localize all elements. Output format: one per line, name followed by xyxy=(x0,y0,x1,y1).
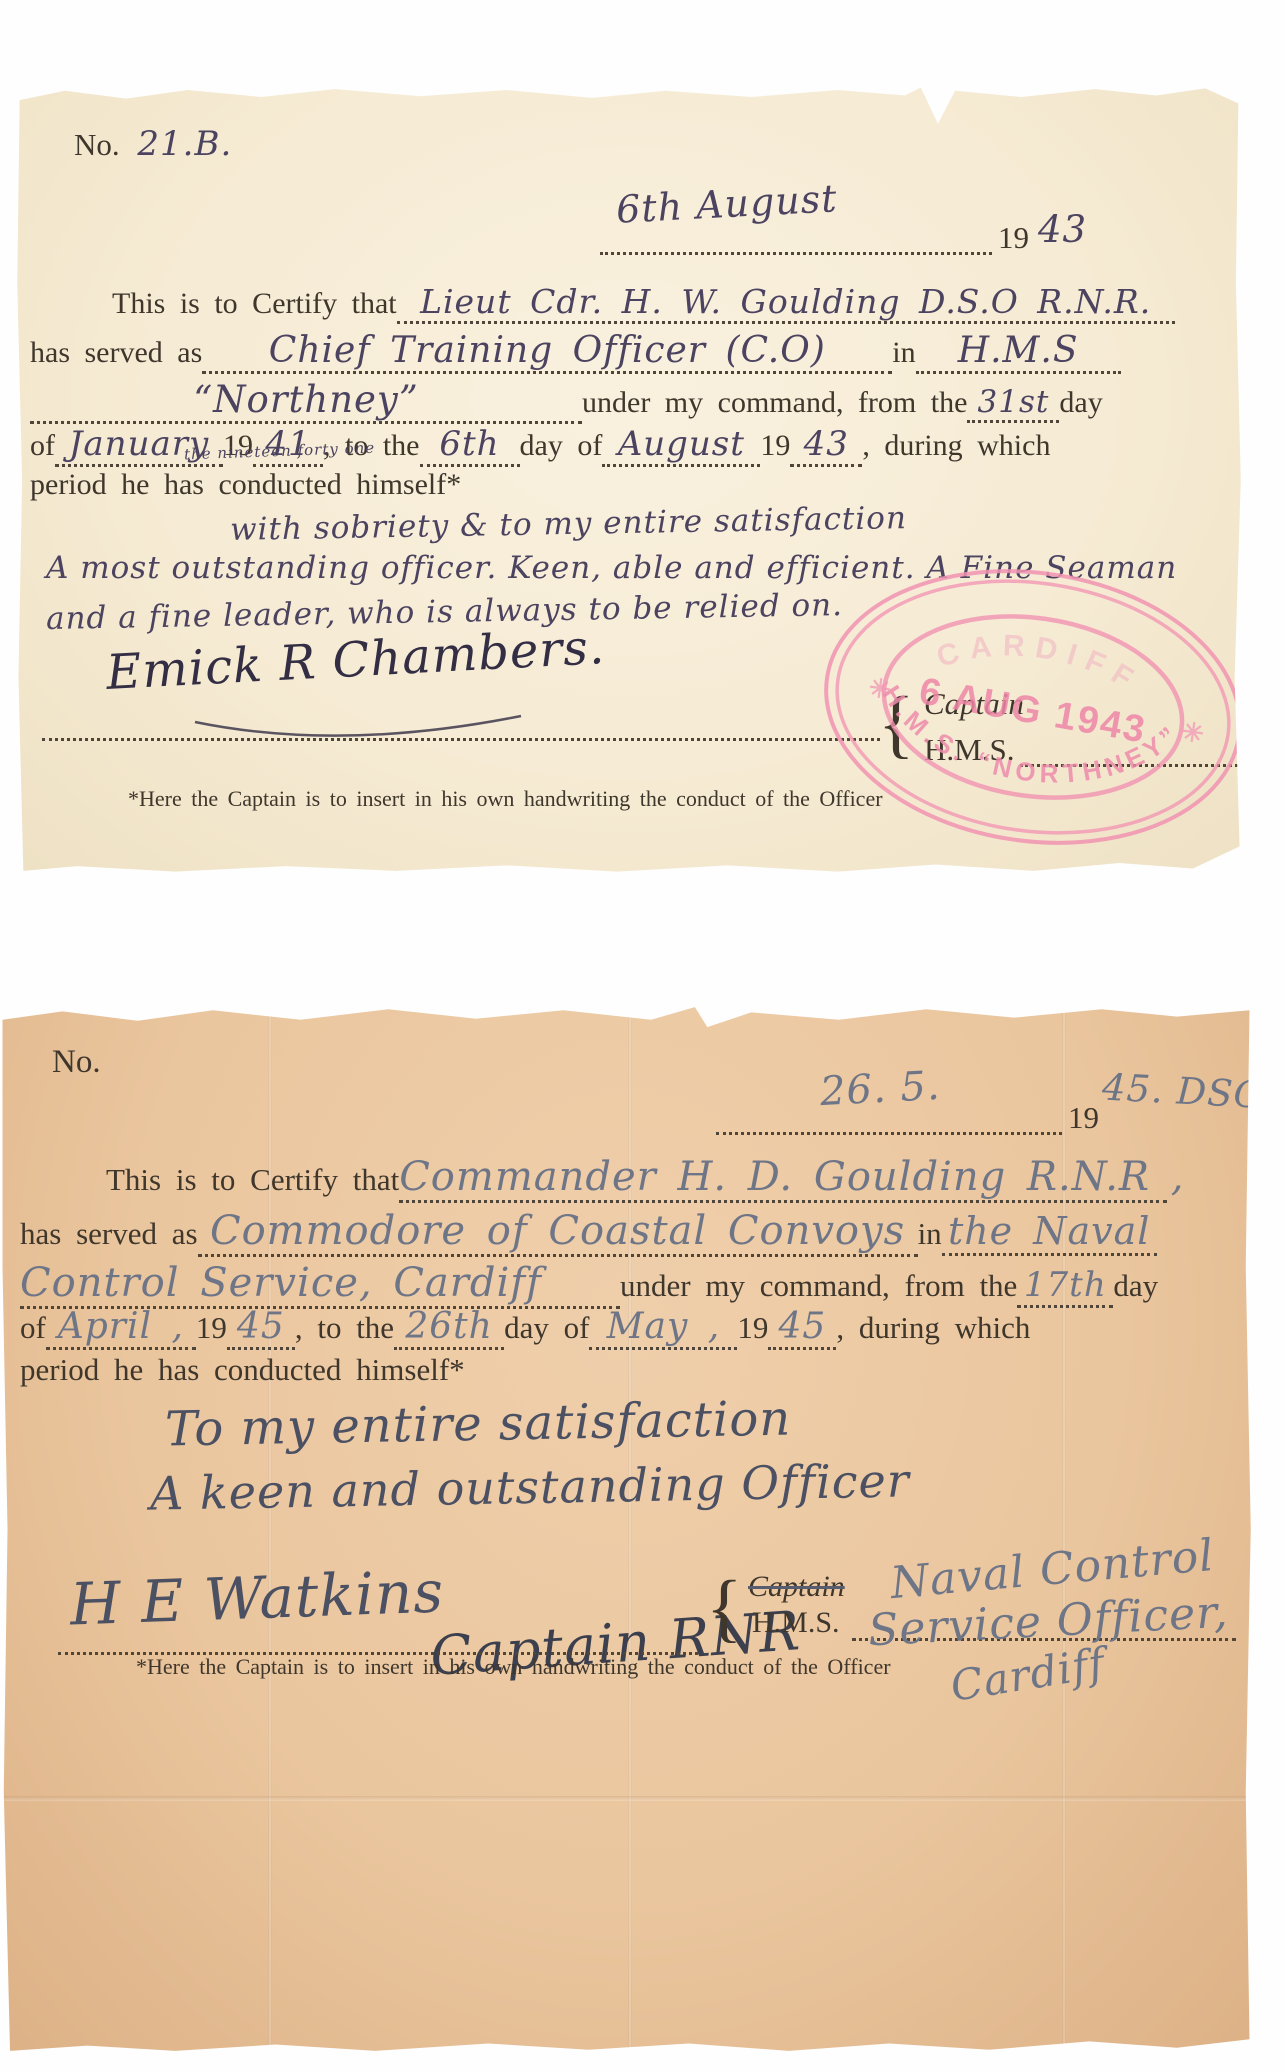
cert1-ship2-value: “Northney” xyxy=(193,378,419,421)
cert2-command-label: under my command, from the xyxy=(620,1268,1017,1303)
cert2-of-label: of xyxy=(20,1310,46,1345)
cert1-certify-line: This is to Certify thatLieut Cdr. H. W. … xyxy=(112,282,1175,324)
cert2-position-value: Commodore of Coastal Convoys xyxy=(210,1208,905,1254)
cert2-fromyear-value: 45 xyxy=(237,1306,285,1347)
cert1-ship2-field: “Northney” xyxy=(30,378,582,424)
cert2-fromday-field: 17th xyxy=(1017,1265,1113,1308)
scanned-certificates-page: No. 21.B. 6th August 19 43 This is to Ce… xyxy=(0,0,1284,2071)
cert2-dayof-label: day of xyxy=(504,1310,589,1345)
cert2-footnote: *Here the Captain is to insert in his ow… xyxy=(136,1654,891,1680)
cert1-today-field: 6th xyxy=(420,424,520,467)
cert2-signature-dotted-line xyxy=(58,1616,698,1655)
cert2-served-label: has served as xyxy=(20,1216,198,1251)
cert2-no-label: No. xyxy=(52,1044,101,1080)
cert1-position-value: Chief Training Officer (C.O) xyxy=(269,330,826,371)
cert2-in-label: in xyxy=(918,1216,942,1251)
cert1-position-field: Chief Training Officer (C.O) xyxy=(202,330,892,374)
cert1-ship-line: “Northney”under my command, from the31st… xyxy=(30,378,1103,424)
cert2-tomonth-field: May , xyxy=(589,1306,737,1350)
cert2-name-value: Commander H. D. Goulding R.N.R , xyxy=(399,1154,1184,1200)
rubber-stamp: CARDIFF H.M.S. “NORTHNEY” 6 AUG 1943 ✳ ✳ xyxy=(816,561,1250,853)
cert2-certify-label: This is to Certify that xyxy=(106,1162,399,1197)
cert1-day-label: day xyxy=(1059,386,1102,419)
cert2-fromday-value: 17th xyxy=(1024,1265,1107,1305)
cert2-service-line: Control Service, Cardiffunder my command… xyxy=(20,1260,1158,1309)
certificate-top: No. 21.B. 6th August 19 43 This is to Ce… xyxy=(16,86,1242,874)
cert2-day-label: day xyxy=(1113,1268,1158,1303)
cert1-name-value: Lieut Cdr. H. W. Goulding D.S.O R.N.R. xyxy=(420,282,1151,321)
cert1-no-line: No. 21.B. xyxy=(74,124,232,164)
cert1-served-line: has served asChief Training Officer (C.O… xyxy=(30,330,1121,374)
cert1-date-dotted-line xyxy=(600,216,992,255)
cert2-year-handwritten: 45. DSO, xyxy=(1101,1065,1277,1117)
cert2-conduct-line-2: A keen and outstanding Officer xyxy=(150,1453,911,1520)
cert2-no-line: No. xyxy=(52,1044,101,1081)
stamp-star-left-icon: ✳ xyxy=(867,672,893,705)
certificate-bottom: No. 26. 5. 19 45. DSO, This is to Certif… xyxy=(0,1004,1252,2054)
cert2-toyear-value: 45 xyxy=(779,1306,827,1347)
cert1-certify-label: This is to Certify that xyxy=(112,287,397,320)
cert1-ship-field: H.M.S xyxy=(916,330,1121,374)
cert1-tomonth-value: August xyxy=(618,424,745,464)
cert1-ship1-value: H.M.S xyxy=(958,330,1079,371)
cert1-of-label: of xyxy=(30,429,55,462)
cert1-period-label: period he has conducted himself* xyxy=(30,468,461,501)
cert2-brace: { xyxy=(706,1562,742,1654)
cert1-conduct-line-1: with sobriety & to my entire satisfactio… xyxy=(230,500,907,548)
cert1-in-label: in xyxy=(892,336,915,369)
cert2-service-value: Control Service, Cardiff xyxy=(20,1260,542,1306)
cert2-today-value: 26th xyxy=(405,1306,492,1347)
cert1-year-handwritten: 43 xyxy=(1038,208,1087,251)
cert2-today-field: 26th xyxy=(394,1306,504,1350)
cert2-service-field: Control Service, Cardiff xyxy=(20,1260,620,1309)
cert2-dates-line: ofApril ,1945, to the26thday ofMay ,1945… xyxy=(20,1306,1030,1350)
cert1-no-label: No. xyxy=(74,127,120,162)
cert1-served-label: has served as xyxy=(30,336,202,369)
cert2-tothe-label: , to the xyxy=(295,1310,394,1345)
fold-crease-horizontal xyxy=(0,1796,1252,1801)
cert1-name-field: Lieut Cdr. H. W. Goulding D.S.O R.N.R. xyxy=(397,282,1175,324)
cert2-conduct-line-1: To my entire satisfaction xyxy=(165,1391,792,1458)
cert1-tomonth-field: August xyxy=(602,424,760,467)
cert2-hms-label: H.M.S. xyxy=(752,1606,840,1640)
cert1-year-printed: 19 xyxy=(998,220,1029,256)
cert2-tomonth-value: May , xyxy=(607,1306,721,1347)
cert2-toyear-printed: 19 xyxy=(737,1310,768,1345)
cert2-during-label: , during which xyxy=(836,1310,1030,1345)
cert2-certify-line: This is to Certify thatCommander H. D. G… xyxy=(106,1154,1167,1203)
cert1-period-line: period he has conducted himself* xyxy=(30,468,461,502)
cert2-year-printed: 19 xyxy=(1068,1100,1099,1136)
cert1-command-label: under my command, from the xyxy=(582,386,967,419)
stamp-star-right-icon: ✳ xyxy=(1180,716,1206,749)
cert2-frommonth-value: April , xyxy=(58,1306,184,1347)
cert2-date-dotted-line xyxy=(716,1096,1062,1135)
cert2-fromyear-field: 45 xyxy=(227,1306,295,1350)
cert2-frommonth-field: April , xyxy=(46,1306,196,1350)
cert2-in-value: the Naval xyxy=(948,1209,1151,1253)
cert2-in-field: the Naval xyxy=(942,1209,1157,1256)
cert2-fromyear-printed: 19 xyxy=(196,1310,227,1345)
cert1-fromday-value: 31st xyxy=(978,384,1050,420)
cert2-period-line: period he has conducted himself* xyxy=(20,1352,465,1388)
cert1-fromday-field: 31st xyxy=(967,384,1059,423)
cert2-toyear-field: 45 xyxy=(768,1306,836,1350)
cert2-captain-label: Captain xyxy=(748,1570,845,1604)
cert1-dayof-label: day of xyxy=(520,429,603,462)
cert1-signature-dotted-line xyxy=(42,702,880,741)
cert1-toyear-printed: 19 xyxy=(760,429,790,462)
cert1-footnote: *Here the Captain is to insert in his ow… xyxy=(128,786,883,812)
cert1-today-value: 6th xyxy=(439,424,499,464)
cert1-no-value: 21.B. xyxy=(137,124,232,164)
cert2-position-field: Commodore of Coastal Convoys xyxy=(198,1208,918,1257)
cert2-served-line: has served asCommodore of Coastal Convoy… xyxy=(20,1208,1157,1257)
cert2-name-field: Commander H. D. Goulding R.N.R , xyxy=(399,1154,1167,1203)
cert2-period-label: period he has conducted himself* xyxy=(20,1352,465,1387)
cert1-toyear-value: 43 xyxy=(804,424,849,464)
cert1-during-label: , during which xyxy=(862,429,1050,462)
cert1-toyear-field: 43 xyxy=(790,424,862,467)
